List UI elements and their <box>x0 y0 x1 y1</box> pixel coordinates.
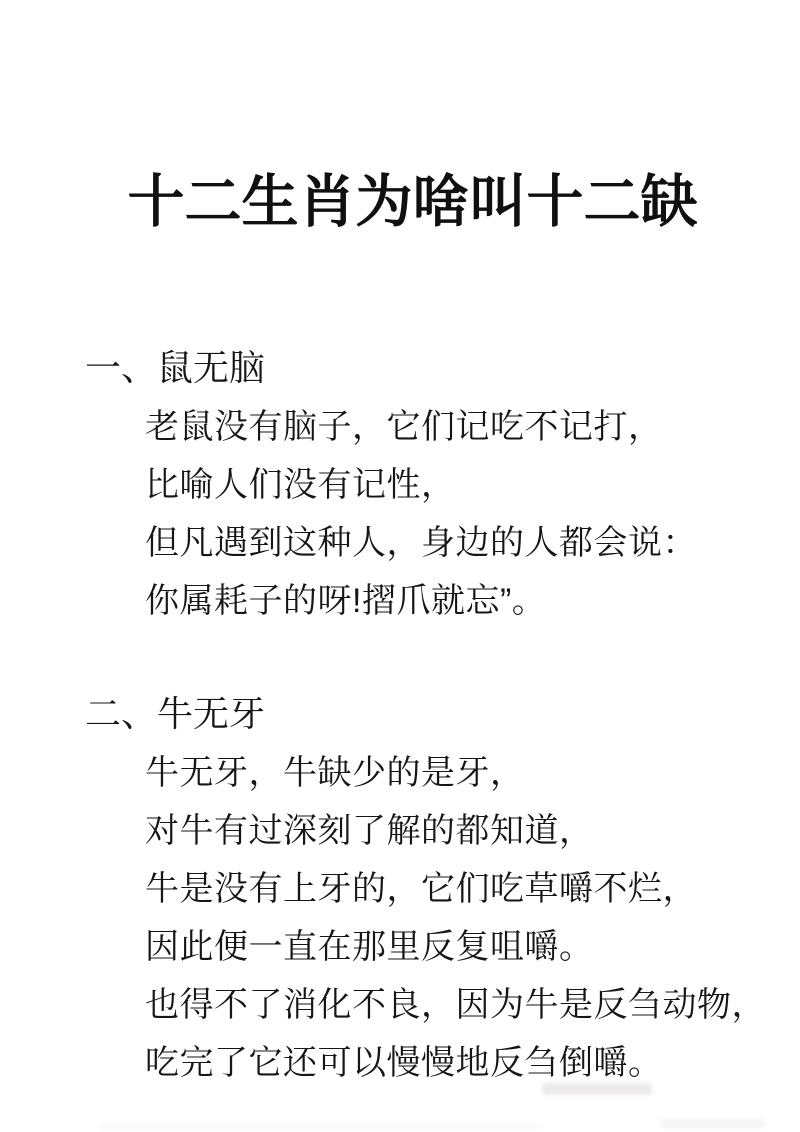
watermark-smudge <box>98 1124 538 1130</box>
section-body: 老鼠没有脑子，它们记吃不记打， 比喻人们没有记性， 但凡遇到这种人，身边的人都会… <box>145 398 740 630</box>
text-line: 对牛有过深刻了解的都知道， <box>145 802 740 860</box>
section-heading: 二、 牛无牙 <box>85 692 740 736</box>
text-line: 但凡遇到这种人，身边的人都会说： <box>145 514 740 572</box>
text-line: 比喻人们没有记性， <box>145 456 740 514</box>
text-line: 你属耗子的呀!摺爪就忘”。 <box>145 572 740 630</box>
watermark-smudge <box>542 1083 652 1095</box>
text-line: 老鼠没有脑子，它们记吃不记打， <box>145 398 740 456</box>
section-number: 二、 <box>85 692 157 736</box>
section-number: 一、 <box>85 346 157 390</box>
watermark-smudge <box>660 1118 765 1128</box>
section-ox-no-teeth: 二、 牛无牙 牛无牙，牛缺少的是牙， 对牛有过深刻了解的都知道， 牛是没有上牙的… <box>85 692 740 1092</box>
section-heading-text: 牛无牙 <box>157 692 265 736</box>
text-line: 因此便一直在那里反复咀嚼。 <box>145 918 740 976</box>
section-body: 牛无牙，牛缺少的是牙， 对牛有过深刻了解的都知道， 牛是没有上牙的，它们吃草嚼不… <box>145 744 740 1092</box>
section-heading-text: 鼠无脑 <box>157 346 265 390</box>
section-rat-no-brain: 一、 鼠无脑 老鼠没有脑子，它们记吃不记打， 比喻人们没有记性， 但凡遇到这种人… <box>85 346 740 630</box>
text-line: 牛是没有上牙的，它们吃草嚼不烂， <box>145 860 740 918</box>
section-heading: 一、 鼠无脑 <box>85 346 740 390</box>
document-page: 十二生肖为啥叫十二缺 一、 鼠无脑 老鼠没有脑子，它们记吃不记打， 比喻人们没有… <box>0 0 800 1132</box>
text-line: 也得不了消化不良，因为牛是反刍动物， <box>145 976 740 1034</box>
text-line: 牛无牙，牛缺少的是牙， <box>145 744 740 802</box>
page-title: 十二生肖为啥叫十二缺 <box>85 0 740 236</box>
